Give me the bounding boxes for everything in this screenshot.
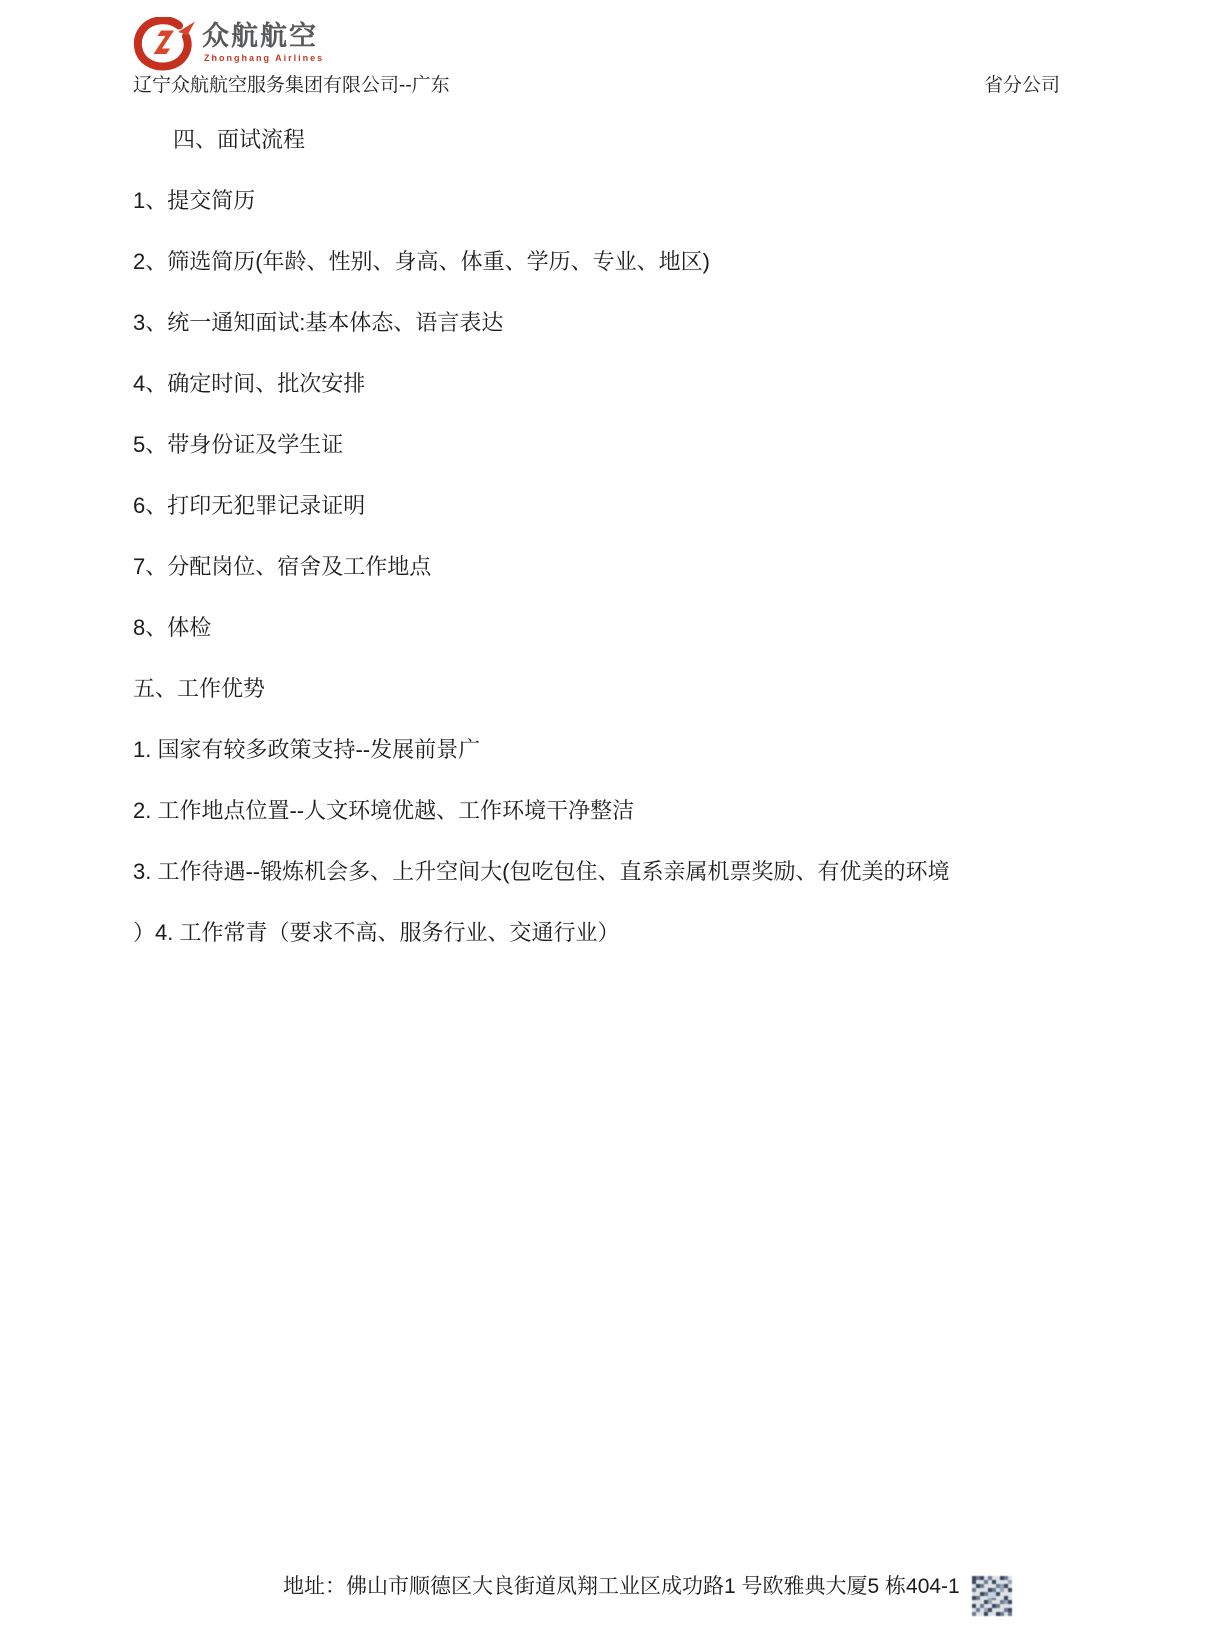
header-branch-label-right: 省分公司 xyxy=(984,70,1060,97)
section4-item-8: 8、体检 xyxy=(133,597,1176,658)
section5-item-3: 3. 工作待遇--锻炼机会多、上升空间大(包吃包住、直系亲属机票奖励、有优美的环… xyxy=(133,841,1176,902)
section4-item-1: 1、提交简历 xyxy=(133,170,1176,231)
section5-item-1: 1. 国家有较多政策支持--发展前景广 xyxy=(133,719,1176,780)
section4-item-6: 6、打印无犯罪记录证明 xyxy=(133,475,1176,536)
document-body: 四、面试流程 1、提交简历 2、筛选简历(年龄、性别、身高、体重、学历、专业、地… xyxy=(133,109,1176,963)
header-company-row: 辽宁众航航空服务集团有限公司--广东 省分公司 xyxy=(133,70,1060,97)
header-company-name-left: 辽宁众航航空服务集团有限公司--广东 xyxy=(133,70,450,97)
section4-item-4: 4、确定时间、批次安排 xyxy=(133,353,1176,414)
section4-item-7: 7、分配岗位、宿舍及工作地点 xyxy=(133,536,1176,597)
logo-brand-name-en: Zhonghang Airlines xyxy=(204,53,324,63)
section5-item-2: 2. 工作地点位置--人文环境优越、工作环境干净整洁 xyxy=(133,780,1176,841)
section4-item-2: 2、筛选简历(年龄、性别、身高、体重、学历、专业、地区) xyxy=(133,231,1176,292)
page-footer: 地址：佛山市顺德区大良街道凤翔工业区成功路1 号欧雅典大厦5 栋404-1 xyxy=(0,1560,1216,1629)
section5-title: 五、工作优势 xyxy=(133,658,1176,719)
company-logo: 众航航空 Zhonghang Airlines xyxy=(133,16,1060,68)
section4-title: 四、面试流程 xyxy=(133,109,1176,170)
section4-item-3: 3、统一通知面试:基本体态、语言表达 xyxy=(133,292,1176,353)
section4-item-5: 5、带身份证及学生证 xyxy=(133,414,1176,475)
document-page: 众航航空 Zhonghang Airlines 辽宁众航航空服务集团有限公司--… xyxy=(0,0,1216,1629)
airline-swoosh-logo-icon xyxy=(133,17,197,71)
qr-code-image xyxy=(972,1576,1012,1616)
footer-address: 地址：佛山市顺德区大良街道凤翔工业区成功路1 号欧雅典大厦5 栋404-1 xyxy=(283,1570,960,1600)
page-header: 众航航空 Zhonghang Airlines 辽宁众航航空服务集团有限公司--… xyxy=(133,16,1060,97)
logo-brand-name-cn: 众航航空 xyxy=(202,22,324,52)
section5-item-4: ）4. 工作常青（要求不高、服务行业、交通行业） xyxy=(133,902,1176,963)
logo-wordmark: 众航航空 Zhonghang Airlines xyxy=(202,22,324,63)
